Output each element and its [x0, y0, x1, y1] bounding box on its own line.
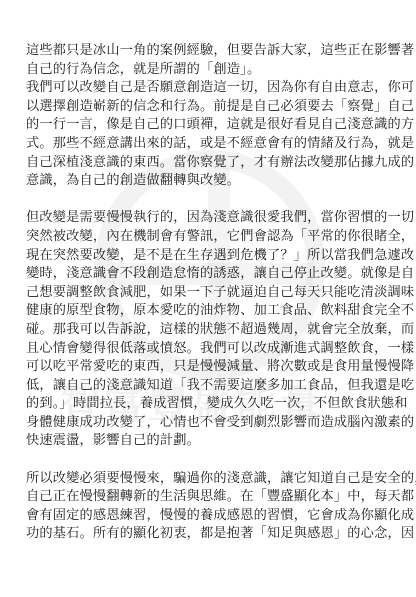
paragraph-gap [26, 451, 396, 470]
text-line: 意識，為自己的創造做翻轉與改變。 [26, 172, 396, 191]
text-line: 低，讓自己的淺意識知道「我不需要這麼多加工食品，但我還是吃 [26, 377, 396, 396]
text-line: 但改變是需要慢慢執行的，因為淺意識很愛我們，當你習慣的一切 [26, 209, 396, 228]
document-body: 這些都只是冰山一角的案例經驗，但要告訴大家，這些正在影響著 自己的行為信念，就是… [26, 42, 396, 544]
text-line: 變時，淺意識會不段創造怠惰的誘惑，讓自己停止改變。就像是自 [26, 265, 396, 284]
text-line: 且心情會變得很低落或憤怒。我們可以改成漸進式調整飲食，一樣 [26, 340, 396, 359]
text-line: 功的基石。所有的顯化初衷，都是抱著「知足與感恩」的心念，因 [26, 525, 396, 544]
text-line: 的到。」時間拉長，養成習慣，變成久久吃一次，不但飲食狀態和 [26, 395, 396, 414]
text-line: 可以吃平常愛吃的東西，只是慢慢減量、將次數或是食用量慢慢降 [26, 358, 396, 377]
text-line: 的一行一言，像是自己的口頭禪，這就是很好看見自己淺意識的方 [26, 116, 396, 135]
text-line: 碰。那我可以告訴說，這樣的狀態不超過幾周，就會完全放棄，而 [26, 321, 396, 340]
text-line: 以選擇創造嶄新的信念和行為。前提是自己必須要去「察覺」自己 [26, 98, 396, 117]
text-line: 我們可以改變自己是否願意創造這一切，因為你有自由意志，你可 [26, 79, 396, 98]
paragraph-1: 這些都只是冰山一角的案例經驗，但要告訴大家，這些正在影響著 自己的行為信念，就是… [26, 42, 396, 191]
text-line: 所以改變必須要慢慢來，騙過你的淺意識，讓它知道自己是安全的， [26, 470, 396, 489]
text-line: 現在突然要改變，是不是在生存遇到危機了？」所以當我們急遽改 [26, 247, 396, 266]
text-line: 這些都只是冰山一角的案例經驗，但要告訴大家，這些正在影響著 [26, 42, 396, 61]
text-line: 己想要調整飲食減肥，如果一下子就逼迫自己每天只能吃清淡調味 [26, 284, 396, 303]
text-line: 快速震盪，影響自己的計劃。 [26, 432, 396, 451]
paragraph-3: 所以改變必須要慢慢來，騙過你的淺意識，讓它知道自己是安全的， 自己正在慢慢翻轉新… [26, 470, 396, 544]
text-line: 身體健康成功改變了，心情也不會受到劇烈影響而造成腦內激素的 [26, 414, 396, 433]
text-line: 會有固定的感恩練習，慢慢的養成感恩的習慣，它會成為你顯化成 [26, 507, 396, 526]
text-line: 自己深植淺意識的東西。當你察覺了，才有辦法改變那佔據九成的 [26, 154, 396, 173]
text-line: 自己正在慢慢翻轉新的生活與思維。在「豐盛顯化本」中，每天都 [26, 488, 396, 507]
text-line: 自己的行為信念，就是所謂的「創造」。 [26, 61, 396, 80]
text-line: 健康的原型食物，原本愛吃的油炸物、加工食品、飲料甜食完全不 [26, 302, 396, 321]
text-line: 突然被改變，內在機制會有警訊，它們會認為「平常的你很睹全， [26, 228, 396, 247]
paragraph-gap [26, 191, 396, 210]
text-line: 式。那些不經意講出來的話，或是不經意會有的情緒及行為，就是 [26, 135, 396, 154]
paragraph-2: 但改變是需要慢慢執行的，因為淺意識很愛我們，當你習慣的一切 突然被改變，內在機制… [26, 209, 396, 451]
